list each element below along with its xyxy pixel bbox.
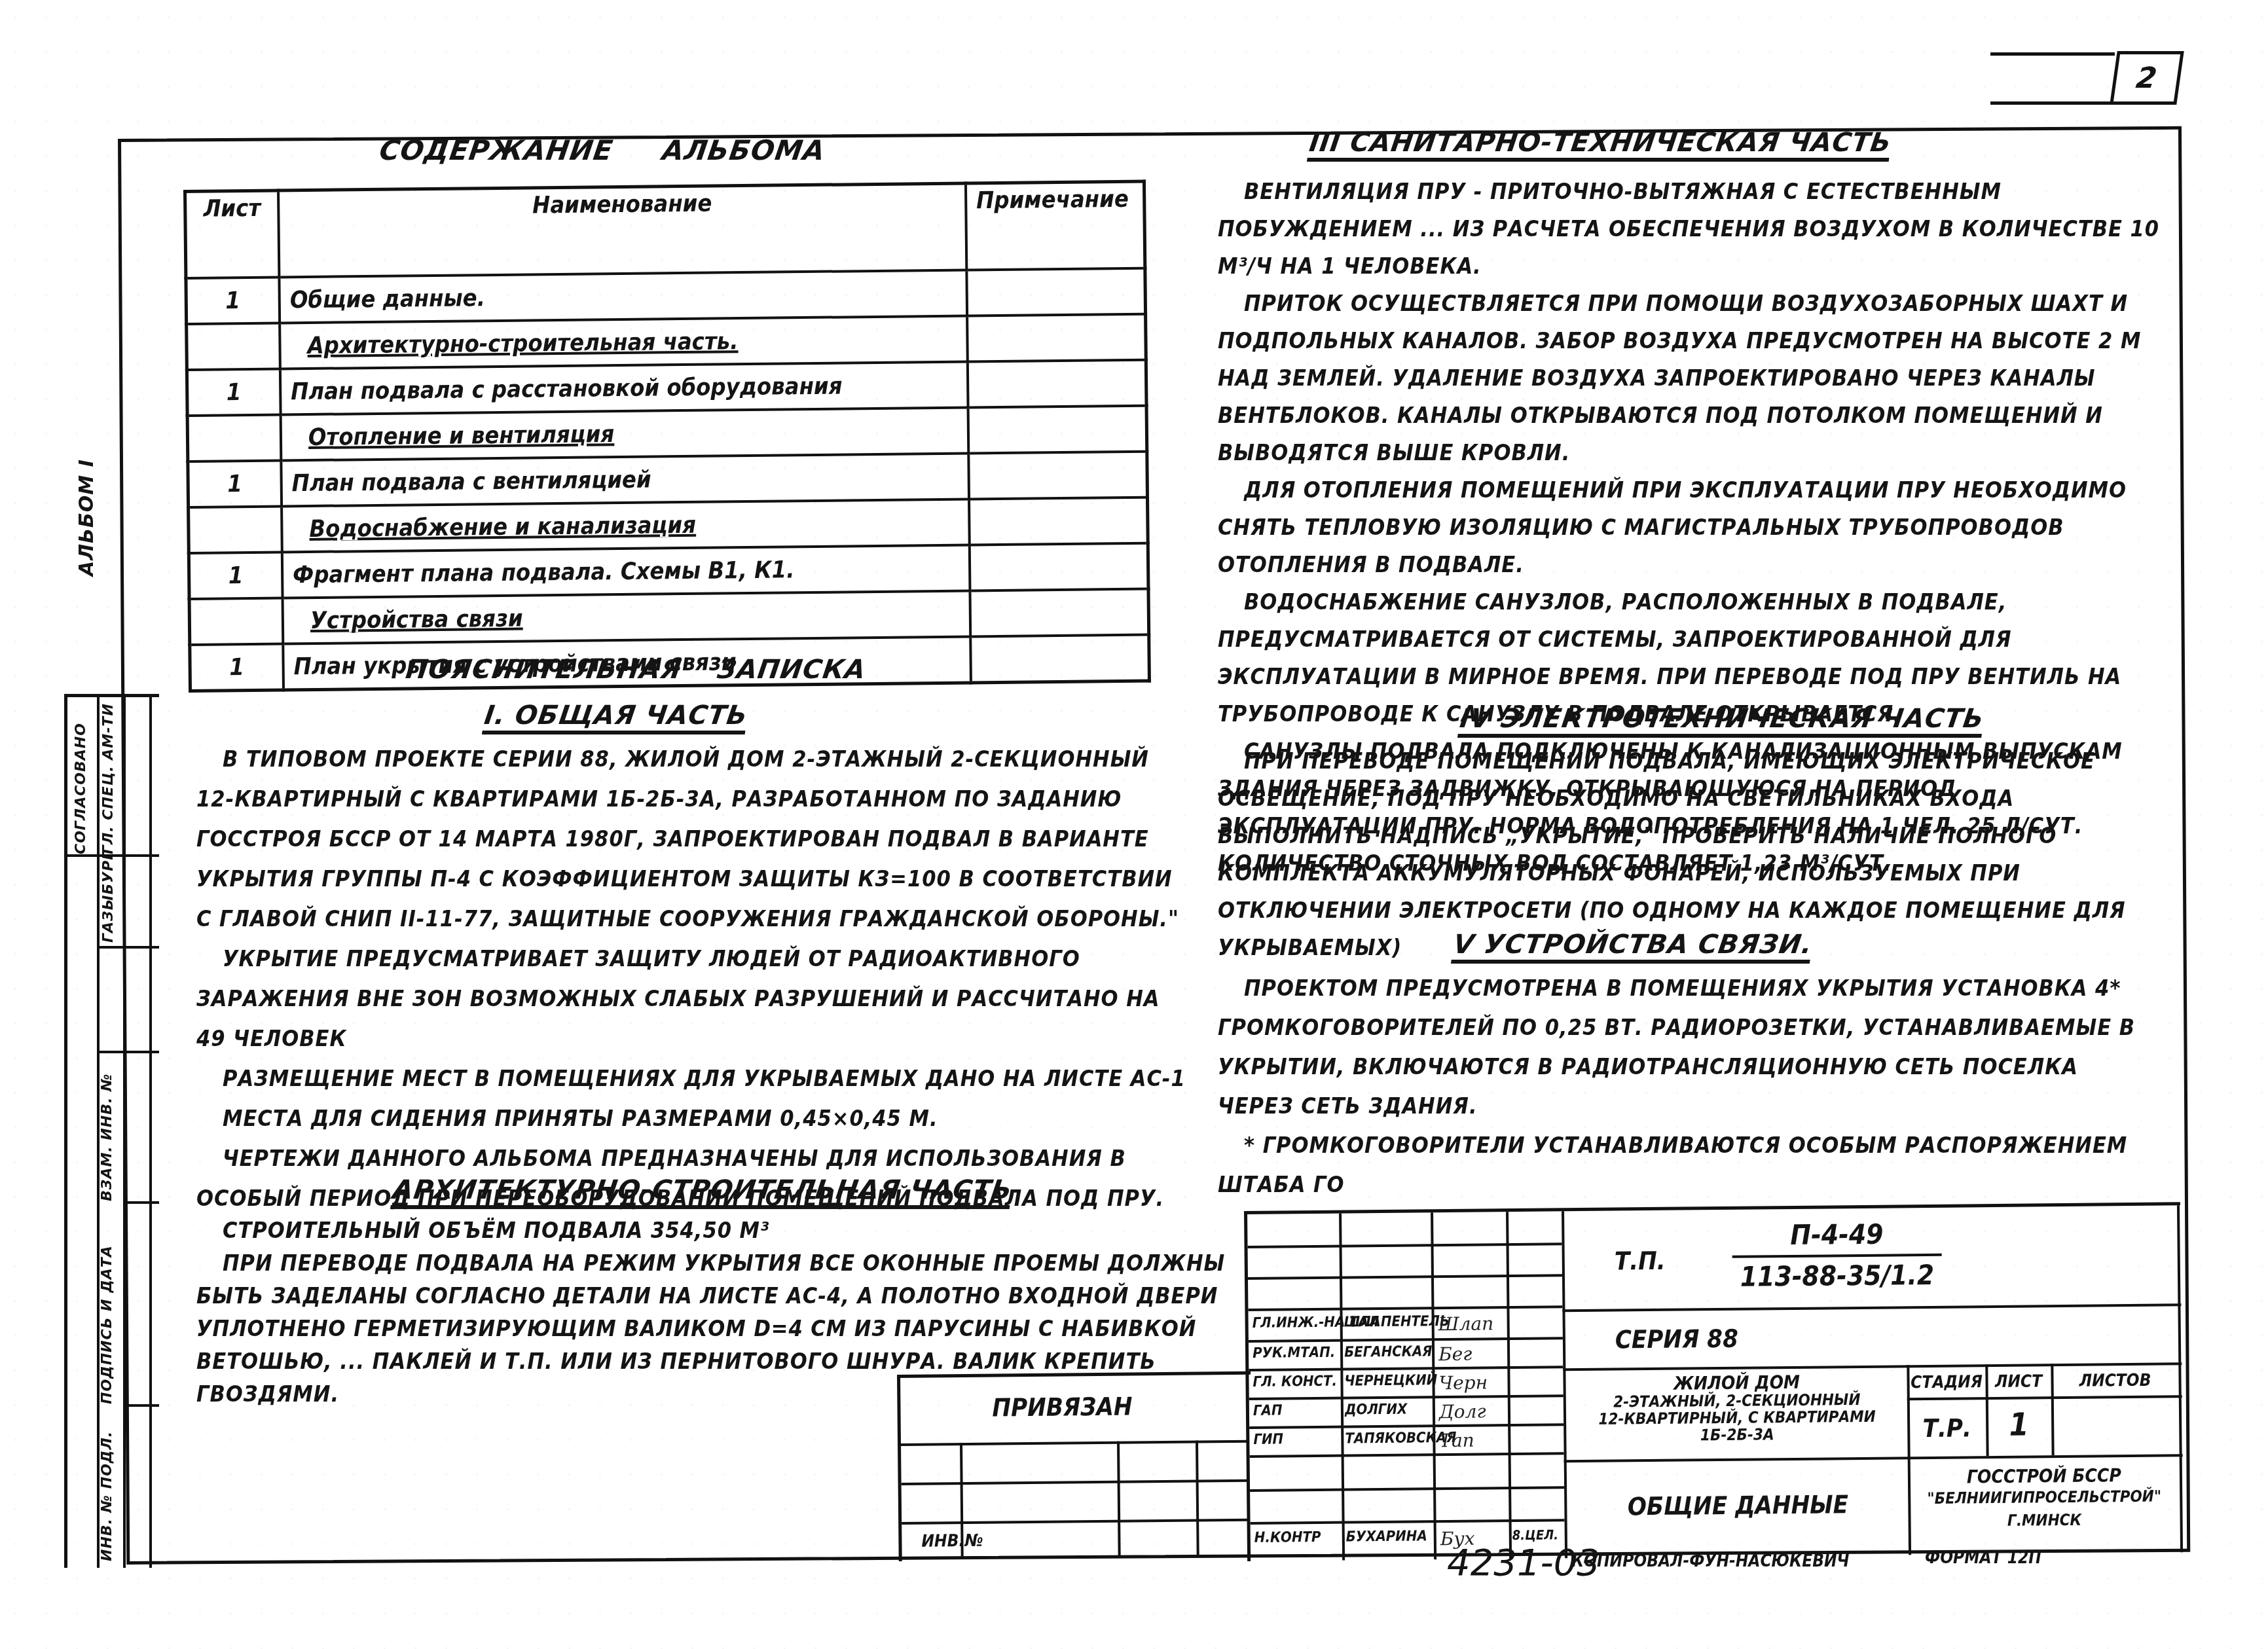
staff-role: Гл. конст. — [1253, 1373, 1339, 1390]
stage-header: Стадия — [1909, 1372, 1984, 1392]
paragraph: Для отопления помещений при эксплуатации… — [1218, 472, 2161, 584]
note-title: Пояснительная записка — [404, 655, 868, 685]
side-stamp-divider — [123, 1201, 159, 1204]
grid-line — [1248, 1305, 1562, 1311]
binding-label: Привязан — [992, 1392, 1132, 1422]
object-line: 1Б-2Б-3А — [1570, 1424, 1904, 1445]
name-cell: Фрагмент плана подвала. Схемы В1, К1. — [282, 545, 970, 598]
name-cell: Водоснабжение и канализация — [282, 499, 970, 552]
grid-line — [1248, 1242, 1562, 1248]
sheet-cell: 1 — [190, 643, 283, 691]
staff-name: Чернецкий — [1344, 1372, 1431, 1389]
grid-line — [1250, 1486, 1564, 1492]
part1-heading: I. Общая часть — [483, 700, 750, 731]
side-stamp-divider — [123, 1404, 159, 1407]
side-stamp-role: Гл. спец. АМ-ТИ — [100, 703, 117, 854]
stage-value: Т.Р. — [1909, 1413, 1985, 1443]
part1-text: В типовом проекте серии 88, Жилой дом 2-… — [196, 740, 1192, 1219]
sheets-header: Листов — [2053, 1370, 2177, 1391]
page-number-frame — [1990, 52, 2115, 105]
note-cell — [969, 498, 1148, 545]
name-cell: Общие данные. — [279, 270, 967, 323]
fraction-line — [1732, 1254, 1942, 1258]
staff-sign: Шлап — [1438, 1313, 1504, 1335]
grid-line — [1562, 1303, 2181, 1312]
side-stamp: Согласовано Гл. спец. АМ-ТИ Газыбург Инв… — [64, 694, 159, 1568]
grid-line — [1249, 1366, 1563, 1371]
sheet-cell: 1 — [189, 552, 282, 598]
paragraph: Приток осуществляется при помощи воздухо… — [1218, 285, 2161, 472]
name-cell: Устройства связи — [283, 590, 971, 643]
org-line: "БелНИИгипросельстрой" — [1910, 1487, 2178, 1508]
part2-heading: Архитектурно-строительная часть — [391, 1175, 1014, 1205]
staff-role: ГАП — [1253, 1402, 1340, 1419]
sheet-cell — [187, 414, 281, 461]
sheet-cell: 1 — [187, 369, 280, 415]
paragraph: Размещение мест в помещениях для укрывае… — [196, 1059, 1192, 1099]
grid-line — [1506, 1212, 1512, 1559]
part4-heading: IV Электротехническая часть — [1458, 704, 1986, 734]
staff-name: Бухарина — [1346, 1528, 1433, 1545]
note-cell — [970, 589, 1148, 637]
sheet-cell: 1 — [186, 277, 280, 323]
sheet-format: Формат 12П — [1925, 1548, 2041, 1568]
grid-line — [1564, 1454, 2183, 1462]
staff-sign: Бег — [1438, 1343, 1504, 1365]
grid-line — [1249, 1394, 1564, 1400]
side-stamp-role: Газыбург — [100, 850, 117, 943]
staff-name: Шлапентель — [1344, 1313, 1431, 1330]
header-note: Примечание — [966, 181, 1145, 270]
album-label: Альбом I — [75, 445, 101, 576]
staff-role: ГИП — [1253, 1431, 1340, 1448]
title-block: Гл.инж.-на талШлапентельШлапРук.мтап.Бег… — [1244, 1202, 2184, 1561]
staff-role: Н.контр — [1254, 1529, 1341, 1546]
sign-date-label: Подпись и дата — [99, 1245, 115, 1404]
sheet-cell: 1 — [188, 460, 282, 507]
note-cell — [970, 543, 1148, 591]
sheet-value: 1 — [1988, 1406, 2051, 1443]
paragraph: Строительный объём подвала 354,50 м³ — [196, 1214, 1244, 1247]
agreed-label: Согласовано — [73, 723, 89, 854]
part3-heading: III Санитарно-техническая часть — [1308, 128, 1893, 158]
side-stamp-divider — [97, 946, 159, 949]
sheet-header: Лист — [1987, 1371, 2049, 1392]
replace-inv-label: Взам. инв. № — [99, 1074, 115, 1201]
sheet-title: Общие данные — [1571, 1489, 1905, 1521]
inv-label: Инв.№ — [921, 1531, 983, 1551]
series-label: Серия 88 — [1615, 1324, 1738, 1354]
paragraph: В типовом проекте серии 88, Жилой дом 2-… — [196, 740, 1192, 939]
name-cell: План подвала с расстановкой оборудования — [280, 361, 968, 414]
sheets-value — [2053, 1411, 2178, 1413]
paragraph: Проектом предусмотрена в помещениях укры… — [1218, 969, 2161, 1126]
note-cell — [966, 268, 1145, 316]
grid-line — [1249, 1423, 1564, 1429]
paragraph: Укрытие предусматривает защиту людей от … — [196, 939, 1192, 1059]
name-cell: Архитектурно-строительная часть. — [280, 316, 968, 369]
binding-block: Привязан Инв.№ — [897, 1371, 1253, 1561]
grid-line — [1248, 1274, 1562, 1280]
grid-line — [1251, 1519, 1565, 1525]
header-name: Наименование — [278, 183, 966, 277]
paragraph: Места для сидения приняты размерами 0,45… — [196, 1099, 1192, 1139]
grid-line — [1250, 1452, 1564, 1458]
sheet-cell — [189, 598, 283, 644]
tp-label: Т.П. — [1615, 1246, 1666, 1276]
paragraph: * Громкоговорители устанавливаются особы… — [1218, 1126, 2161, 1205]
name-cell: План подвала с вентиляцией — [281, 453, 969, 506]
note-cell — [970, 635, 1149, 683]
sheet-cell — [189, 506, 282, 553]
note-cell — [967, 314, 1146, 362]
inv-orig-label: Инв. № подл. — [99, 1431, 115, 1561]
staff-name: Беганская — [1344, 1343, 1431, 1360]
contents-title: Содержание альбома — [378, 134, 828, 166]
paragraph: Вентиляция ПРУ - приточно-вытяжная с ест… — [1218, 173, 2161, 285]
nkontr-extra: 8.цел. — [1512, 1527, 1558, 1543]
contents-table: Лист Наименование Примечание 1Общие данн… — [183, 180, 1151, 693]
grid-line — [1907, 1395, 2182, 1400]
staff-sign: Долг — [1439, 1400, 1505, 1422]
grid-line — [1249, 1337, 1563, 1343]
org-line: г.Минск — [1910, 1510, 2178, 1531]
note-cell — [968, 452, 1147, 499]
staff-role: Рук.мтап. — [1253, 1345, 1339, 1362]
note-cell — [968, 360, 1146, 408]
grid-line — [1562, 1211, 1567, 1558]
org-line: Госстрой БССР — [1910, 1464, 2178, 1488]
part5-text: Проектом предусмотрена в помещениях укры… — [1218, 969, 2161, 1205]
page-number: 2 — [2110, 51, 2184, 105]
side-stamp-divider — [149, 697, 152, 1568]
grid-line — [1117, 1441, 1121, 1556]
side-stamp-divider — [97, 1051, 159, 1053]
grid-line — [1196, 1441, 1199, 1555]
copied-by: Копировал-Фун-Насюкевич — [1571, 1551, 1849, 1571]
side-stamp-divider — [123, 697, 126, 1568]
grid-line — [1563, 1362, 2182, 1371]
header-sheet: Лист — [185, 190, 280, 278]
part5-heading: V Устройства связи. — [1452, 930, 1814, 960]
staff-sign: Тап — [1439, 1429, 1505, 1451]
project-code-bottom: 113-88-35/1.2 — [1726, 1259, 1948, 1293]
name-cell: Отопление и вентиляция — [281, 407, 969, 460]
project-code-top: П-4-49 — [1725, 1218, 1948, 1252]
staff-name: Тапяковская — [1345, 1430, 1431, 1447]
note-cell — [968, 406, 1147, 454]
staff-role: Гл.инж.-на тал — [1253, 1314, 1339, 1332]
sheet-cell — [187, 323, 280, 369]
staff-name: Долгих — [1345, 1401, 1431, 1418]
staff-sign: Черн — [1438, 1371, 1504, 1394]
